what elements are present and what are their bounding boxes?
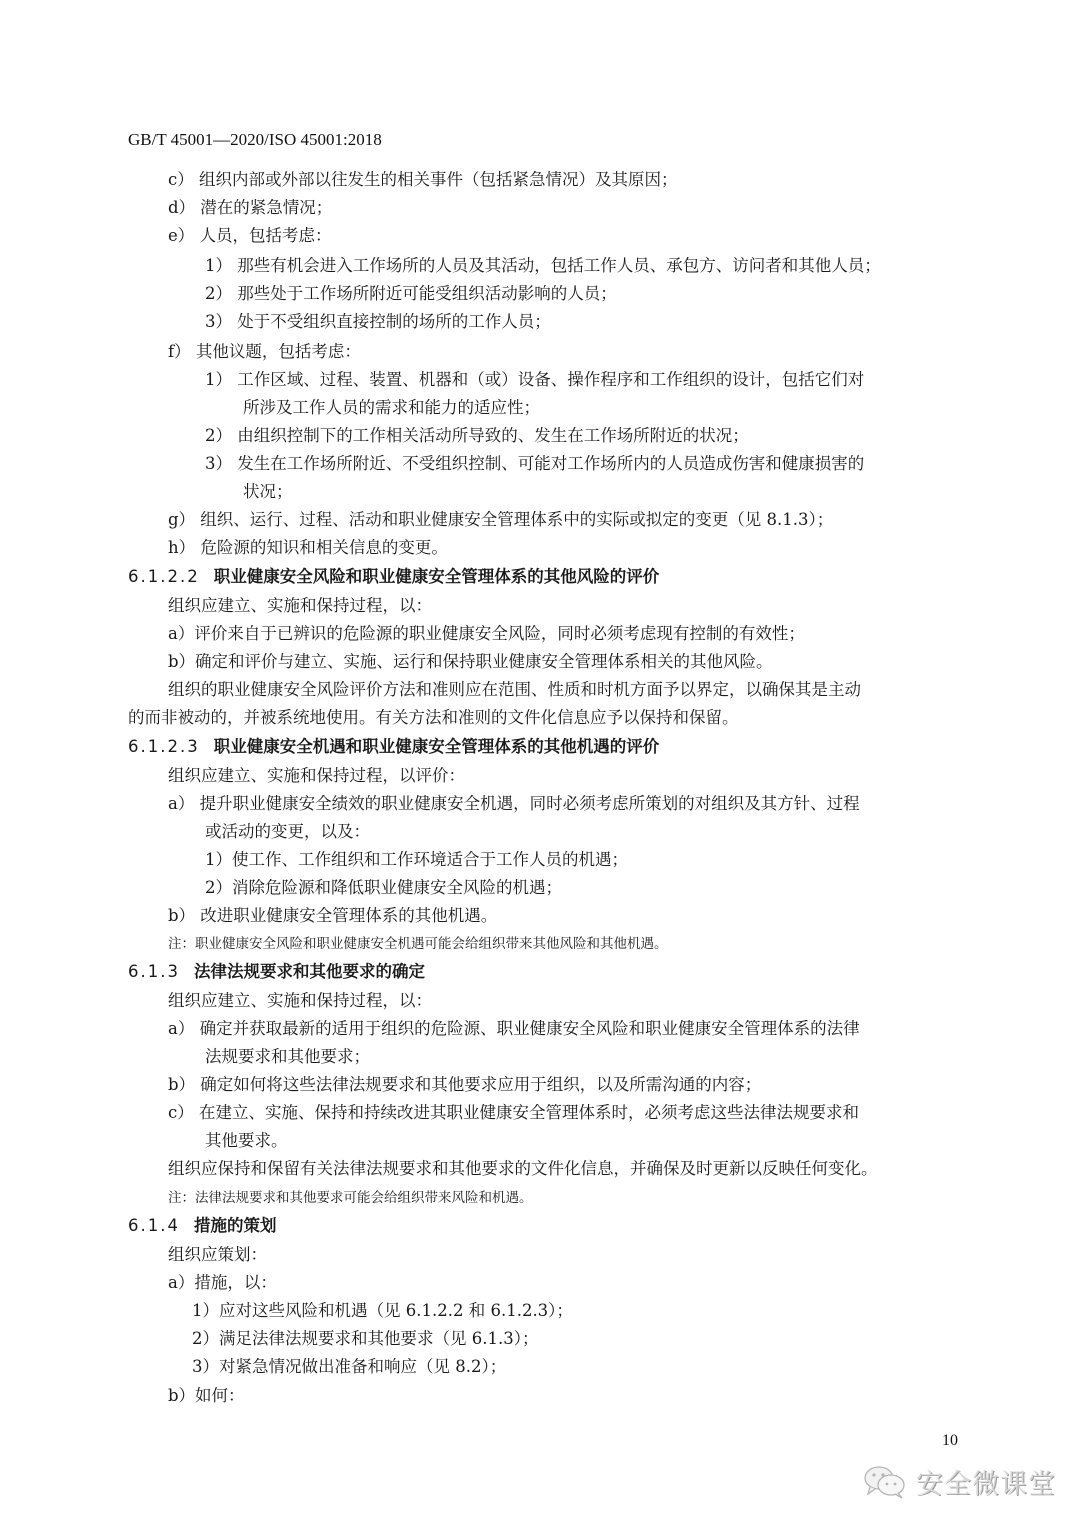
paragraph-line: 状况； xyxy=(243,480,293,504)
page-number: 10 xyxy=(942,1432,958,1450)
section-heading: 6.1.4措施的策划 xyxy=(128,1214,276,1238)
note-text: 注：职业健康安全风险和职业健康安全机遇可能会给组织带来其他风险和其他机遇。 xyxy=(168,932,668,956)
paragraph-line: g） 组织、运行、过程、活动和职业健康安全管理体系中的实际或拟定的变更（见 8.… xyxy=(168,508,833,532)
wechat-icon xyxy=(862,1464,908,1500)
paragraph-line: 或活动的变更，以及： xyxy=(205,820,370,844)
paragraph-line: a）措施，以： xyxy=(168,1271,277,1295)
paragraph-line: a） 提升职业健康安全绩效的职业健康安全机遇，同时必须考虑所策划的对组织及其方针… xyxy=(168,792,860,816)
section-number: 6.1.2.2 xyxy=(128,567,200,586)
paragraph-line: 1） 那些有机会进入工作场所的人员及其活动，包括工作人员、承包方、访问者和其他人… xyxy=(205,254,881,278)
paragraph-line: 法规要求和其他要求； xyxy=(205,1045,370,1069)
paragraph-line: 1） 工作区域、过程、装置、机器和（或）设备、操作程序和工作组织的设计，包括它们… xyxy=(205,368,864,392)
paragraph-line: 2）满足法律法规要求和其他要求（见 6.1.3）； xyxy=(192,1327,538,1351)
standard-id-header: GB/T 45001—2020/ISO 45001:2018 xyxy=(128,130,382,150)
paragraph-line: 其他要求。 xyxy=(205,1129,288,1153)
section-number: 6.1.2.3 xyxy=(128,737,200,756)
paragraph-line: 组织应建立、实施和保持过程，以： xyxy=(168,594,432,618)
section-number: 6.1.3 xyxy=(128,962,180,981)
paragraph-line: 组织应建立、实施和保持过程，以： xyxy=(168,989,432,1013)
paragraph-line: c） 组织内部或外部以往发生的相关事件（包括紧急情况）及其原因； xyxy=(168,168,678,192)
section-title: 职业健康安全风险和职业健康安全管理体系的其他风险的评价 xyxy=(214,567,660,586)
document-page: GB/T 45001—2020/ISO 45001:2018 c） 组织内部或外… xyxy=(0,0,1080,1527)
paragraph-line: b） 确定如何将这些法律法规要求和其他要求应用于组织，以及所需沟通的内容； xyxy=(168,1073,761,1097)
paragraph-line: c） 在建立、实施、保持和持续改进其职业健康安全管理体系时，必须考虑这些法律法规… xyxy=(168,1101,859,1125)
paragraph-line: d） 潜在的紧急情况； xyxy=(168,196,332,220)
paragraph-line: 3） 发生在工作场所附近、不受组织控制、可能对工作场所内的人员造成伤害和健康损害… xyxy=(205,452,864,476)
paragraph-line: 组织应保持和保留有关法律法规要求和其他要求的文件化信息，并确保及时更新以反映任何… xyxy=(168,1157,878,1181)
paragraph-line: b）如何： xyxy=(168,1384,245,1408)
paragraph-line: 的而非被动的，并被系统地使用。有关方法和准则的文件化信息应予以保持和保留。 xyxy=(128,706,739,730)
paragraph-line: 所涉及工作人员的需求和能力的适应性； xyxy=(243,396,540,420)
note-text: 注：法律法规要求和其他要求可能会给组织带来风险和机遇。 xyxy=(168,1186,533,1210)
paragraph-line: 2） 那些处于工作场所附近可能受组织活动影响的人员； xyxy=(205,282,617,306)
paragraph-line: b） 改进职业健康安全管理体系的其他机遇。 xyxy=(168,904,497,928)
paragraph-line: a）评价来自于已辨识的危险源的职业健康安全风险，同时必须考虑现有控制的有效性； xyxy=(168,622,805,646)
paragraph-line: b）确定和评价与建立、实施、运行和保持职业健康安全管理体系相关的其他风险。 xyxy=(168,650,773,674)
section-heading: 6.1.2.2职业健康安全风险和职业健康安全管理体系的其他风险的评价 xyxy=(128,565,659,589)
watermark: 安全微课堂 xyxy=(862,1462,1056,1501)
paragraph-line: 组织应建立、实施和保持过程，以评价： xyxy=(168,764,465,788)
paragraph-line: e） 人员，包括考虑： xyxy=(168,224,332,248)
section-title: 措施的策划 xyxy=(194,1216,277,1235)
section-title: 职业健康安全机遇和职业健康安全管理体系的其他机遇的评价 xyxy=(214,737,660,756)
paragraph-line: 1）使工作、工作组织和工作环境适合于工作人员的机遇； xyxy=(205,848,628,872)
paragraph-line: a） 确定并获取最新的适用于组织的危险源、职业健康安全风险和职业健康安全管理体系… xyxy=(168,1017,860,1041)
paragraph-line: 2）消除危险源和降低职业健康安全风险的机遇； xyxy=(205,876,562,900)
paragraph-line: 组织应策划： xyxy=(168,1243,267,1267)
paragraph-line: 2） 由组织控制下的工作相关活动所导致的、发生在工作场所附近的状况； xyxy=(205,424,749,448)
section-heading: 6.1.3法律法规要求和其他要求的确定 xyxy=(128,960,425,984)
paragraph-line: 3）对紧急情况做出准备和响应（见 8.2）； xyxy=(192,1355,506,1379)
section-number: 6.1.4 xyxy=(128,1216,180,1235)
watermark-text: 安全微课堂 xyxy=(916,1462,1056,1501)
paragraph-line: f） 其他议题，包括考虑： xyxy=(168,340,361,364)
section-title: 法律法规要求和其他要求的确定 xyxy=(194,962,425,981)
paragraph-line: h） 危险源的知识和相关信息的变更。 xyxy=(168,536,448,560)
paragraph-line: 组织的职业健康安全风险评价方法和准则应在范围、性质和时机方面予以界定，以确保其是… xyxy=(168,678,861,702)
paragraph-line: 3） 处于不受组织直接控制的场所的工作人员； xyxy=(205,310,551,334)
paragraph-line: 1）应对这些风险和机遇（见 6.1.2.2 和 6.1.2.3）； xyxy=(192,1299,573,1323)
section-heading: 6.1.2.3职业健康安全机遇和职业健康安全管理体系的其他机遇的评价 xyxy=(128,735,659,759)
